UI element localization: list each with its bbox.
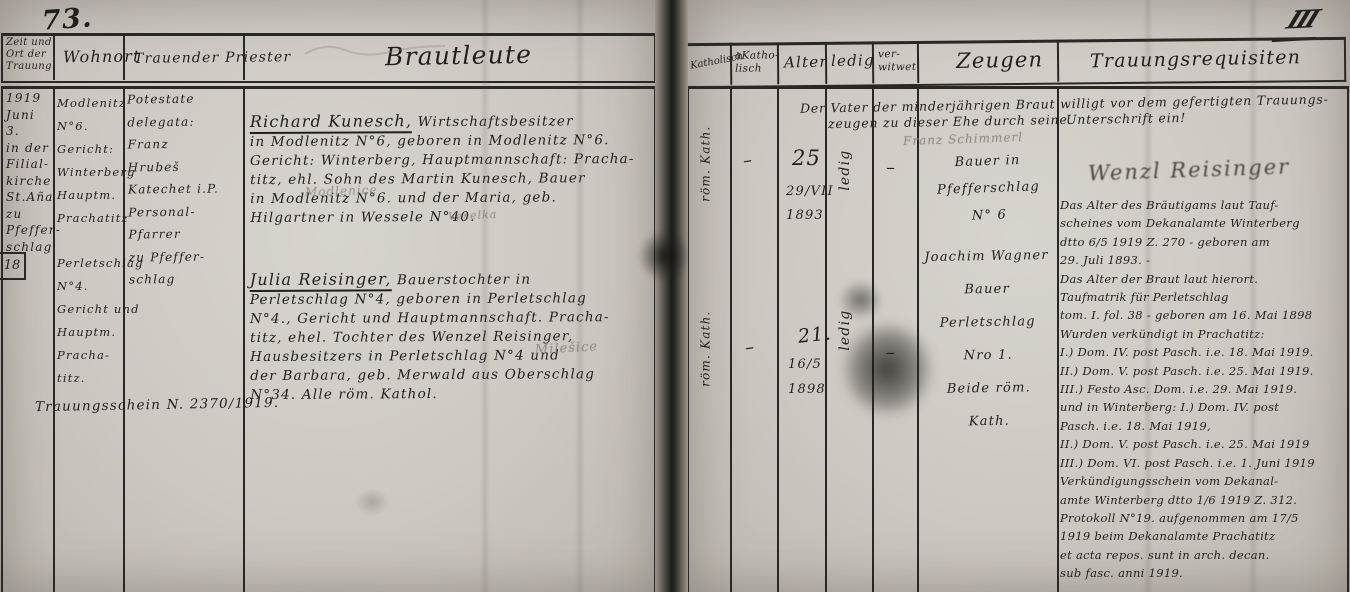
pencil-scribble [300,38,450,64]
divider [243,86,245,592]
right-page: III Katholisch aKatho- lisch Alter ledig… [688,0,1350,592]
right-header: Katholisch aKatho- lisch Alter ledig ver… [688,27,1350,83]
header-witnesses: Zeugen [956,44,1044,76]
cell-bride-widowed: – [886,340,896,366]
cell-groom-religion: röm. Kath. [697,124,714,204]
margin-stamp: 18 [0,252,26,280]
pencil-annotation-milesice: Milešice [535,338,599,360]
pencil-annotation-veselka: Veselka [448,207,498,225]
cell-bride: Julia Reisinger, Bauerstochter in Perlet… [250,249,653,405]
consent-note-line2-end: Unterschrift ein! [1066,109,1186,129]
pencil-annotation-modlenice: Modlenice [305,182,378,202]
divider [53,33,55,80]
cell-bride-birthdate: 16/5 1898 [788,352,826,402]
cell-bride-religion: röm. Kath. [697,309,714,389]
cell-witness1: Bauer in Pfefferschlag N° 6 [925,146,1053,231]
groom-name: Richard Kunesch, [250,111,413,134]
header-acatholic: aKatho- lisch [735,49,779,75]
header-single: ledig [831,50,875,73]
cell-bride-single: ledig [835,295,855,365]
cell-priest: Potestate delegata: Franz Hrubeš Kateche… [127,88,220,291]
bride-details: Bauerstochter in Perletschlag N°4, gebor… [250,272,610,403]
cell-groom-widowed: – [886,155,896,181]
bride-name: Julia Reisinger, [250,269,392,292]
cell-groom-age: 25 [792,143,821,173]
header-residence: Wohnort [63,45,141,69]
header-age: Alter [784,52,828,75]
left-page: 73. Zeit und Ort der Trauung Wohnort Tra… [0,0,657,592]
header-priest: Trauender Priester [134,47,292,69]
cell-groom-single: ledig [835,135,855,205]
header-requisites: Trauungsrequisiten [1090,44,1302,76]
book-binding [655,0,690,592]
divider [777,86,779,592]
divider [1057,86,1059,592]
cell-witness2: Joachim Wagner Bauer Perletschlag Nro 1.… [922,239,1053,439]
cell-groom: Richard Kunesch, Wirtschaftsbesitzer in … [250,91,653,228]
cell-residence-groom: Modlenitz N°6. Gericht: Winterberg Haupt… [57,92,136,230]
divider [917,86,919,592]
header-time-place: Zeit und Ort der Trauung [6,37,52,73]
cell-requisites: Das Alter des Bräutigams laut Tauf- sche… [1060,196,1344,583]
cell-bride-age: 21. [797,320,834,351]
divider [872,86,874,592]
register-scan: 73. Zeit und Ort der Trauung Wohnort Tra… [0,0,1350,592]
cell-date-place: 1919 Juni 3. in der Filial- kirche St.Añ… [6,90,61,255]
divider [917,41,919,83]
margin-stamp-number: 18 [4,258,21,273]
divider [730,86,732,592]
header-widowed: ver- witwet [878,48,917,74]
cell-groom-birthdate: 29/VII 1893 [786,180,834,228]
divider [1057,40,1059,82]
